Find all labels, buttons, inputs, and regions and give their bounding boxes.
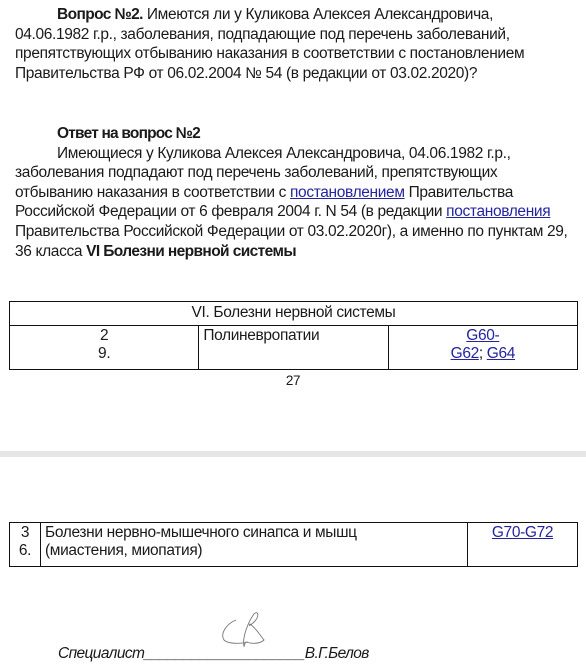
disease-table-part1: VI. Болезни нервной системы 2 9. Полинев… [9,301,578,370]
row-number-part1: 2 [100,327,108,344]
row-number: 3 6. [10,523,41,567]
question-text: 04.06.1982 г.р., заболевания, подпадающи… [15,26,524,82]
resolution-link[interactable]: постановлением [290,184,405,201]
icd-code-link[interactable]: G60- [466,327,499,344]
disease-name-line1: Болезни нервно-мышечного синапса и мышц [45,524,357,541]
icd-codes: G70-G72 [468,523,578,567]
row-number-part2: 9. [98,345,110,362]
icd-code-link[interactable]: G62 [451,345,479,362]
answer-paragraph: Ответ на вопрос №2 Имеющиеся у Куликова … [15,124,575,261]
table-row: 2 9. Полиневропатии G60- G62; G64 [10,326,578,370]
question-text-line1: Имеются ли у Куликова Алексея Александро… [143,6,493,23]
disease-name: Болезни нервно-мышечного синапса и мышц … [41,523,468,567]
table-header-row: VI. Болезни нервной системы [10,302,578,326]
icd-code-link[interactable]: G70-G72 [492,524,553,541]
question-paragraph: Вопрос №2. Имеются ли у Куликова Алексея… [15,5,575,83]
table-class-header: VI. Болезни нервной системы [10,302,578,326]
signature-underline: ____________________ [144,645,304,662]
signer-role: Специалист [58,645,144,662]
icd-codes: G60- G62; G64 [388,326,577,370]
answer-class-name: VI Болезни нервной системы [86,243,296,260]
signer-name: В.Г.Белов [305,645,369,662]
disease-name-line2: (миастения, миопатия) [45,542,202,559]
disease-table-part2: 3 6. Болезни нервно-мышечного синапса и … [9,522,578,567]
row-number: 2 9. [10,326,199,370]
code-separator: ; [479,345,487,362]
amendment-resolution-link[interactable]: постановления [446,203,550,220]
answer-heading: Ответ на вопрос №2 [57,125,200,142]
row-number-part1: 3 [21,524,29,541]
disease-name: Полиневропатии [199,326,388,370]
question-label: Вопрос №2. [57,6,143,23]
page-number: 27 [0,373,586,388]
page-separator [0,451,586,457]
row-number-part2: 6. [19,542,31,559]
signature-line: Специалист____________________В.Г.Белов [58,645,369,663]
icd-code-link[interactable]: G64 [487,345,515,362]
table-row: 3 6. Болезни нервно-мышечного синапса и … [10,523,578,567]
